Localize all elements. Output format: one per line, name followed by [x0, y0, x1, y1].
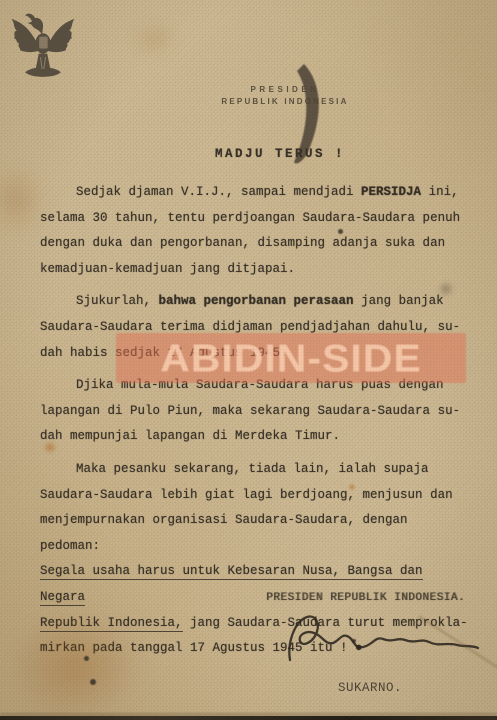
scanned-letter-page: PRESIDEN REPUBLIK INDONESIA MADJU TERUS … — [0, 0, 497, 720]
garuda-pancasila-emblem-icon — [9, 7, 77, 85]
body-line: menjempurnakan organisasi Saudara-Saudar… — [40, 508, 470, 559]
watermark-band: ABIDIN-SIDE — [116, 333, 466, 383]
letterhead: PRESIDEN REPUBLIK INDONESIA — [190, 85, 380, 106]
scan-bottom-edge — [0, 716, 497, 720]
closing-office-line: PRESIDEN REPUBLIK INDONESIA. — [266, 592, 465, 604]
signatory-name: SUKARNO. — [338, 681, 402, 695]
body-line: dengan duka dan pengorbanan, disamping a… — [40, 231, 470, 257]
watermark-text: ABIDIN-SIDE — [160, 336, 422, 381]
body-line: Sjukurlah, bahwa pengorbanan perasaan ja… — [40, 289, 470, 315]
paragraph: Sedjak djaman V.I.J., sampai mendjadi PE… — [40, 180, 470, 282]
ink-dot — [90, 679, 96, 685]
stain-top — [132, 22, 178, 56]
letterhead-line2: REPUBLIK INDONESIA — [190, 97, 380, 106]
body-line: Saudara-Saudara lebih giat lagi berdjoan… — [40, 483, 470, 509]
body-line: lapangan di Pulo Piun, maka sekarang Sau… — [40, 399, 470, 425]
ink-dot — [84, 656, 89, 661]
ink-dot — [338, 229, 343, 234]
paragraph: Djika mula-mula Saudara-Saudara harus pu… — [40, 373, 470, 450]
document-title: MADJU TERUS ! — [200, 147, 360, 161]
body-line: Sedjak djaman V.I.J., sampai mendjadi PE… — [40, 180, 470, 206]
ink-dot — [352, 639, 356, 643]
body-line: selama 30 tahun, tentu perdjoangan Sauda… — [40, 206, 470, 232]
body-line: Maka pesanku sekarang, tiada lain, ialah… — [40, 457, 470, 483]
body-line: dah mempunjai lapangan di Merdeka Timur. — [40, 424, 470, 450]
letterhead-line1: PRESIDEN — [190, 85, 380, 94]
body-line: kemadjuan-kemadjuan jang ditjapai. — [40, 257, 470, 283]
